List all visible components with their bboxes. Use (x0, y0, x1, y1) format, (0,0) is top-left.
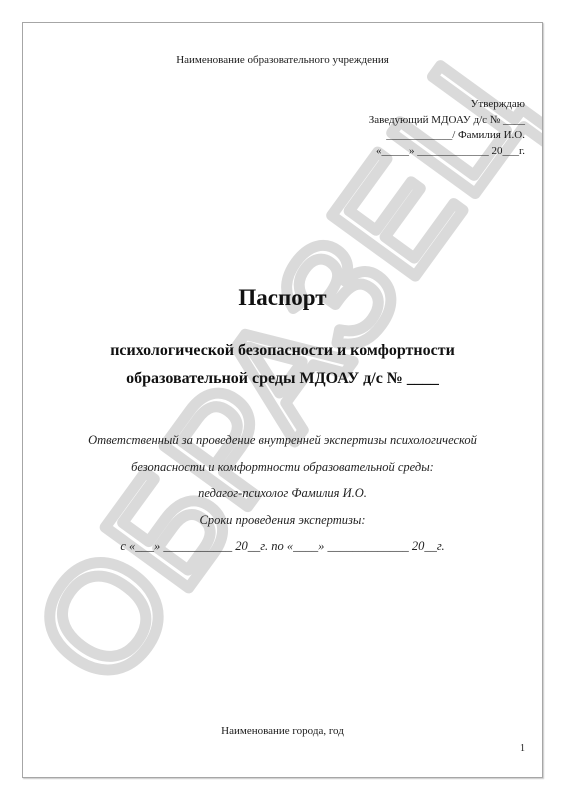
responsible-person: педагог-психолог Фамилия И.О. (23, 480, 542, 507)
subtitle-line-1: психологической безопасности и комфортно… (23, 337, 542, 365)
document-page: ОБРАЗЕЦ Наименование образовательного уч… (22, 22, 543, 778)
city-year: Наименование города, год (23, 725, 542, 737)
approval-position: Заведующий МДОАУ д/с № ____ (369, 113, 525, 129)
approval-date: «_____» _____________ 20___г. (369, 144, 525, 160)
approval-block: Утверждаю Заведующий МДОАУ д/с № ____ __… (369, 97, 525, 159)
responsible-block: Ответственный за проведение внутренней э… (23, 427, 542, 560)
terms-period: с «___» ___________ 20__г. по «____» ___… (23, 533, 542, 560)
document-title: Паспорт (23, 285, 542, 311)
terms-label: Сроки проведения экспертизы: (23, 507, 542, 534)
approval-signature: ____________/ Фамилия И.О. (369, 128, 525, 144)
subtitle-line-2: образовательной среды МДОАУ д/с № ____ (23, 365, 542, 393)
responsible-line-2: безопасности и комфортности образователь… (23, 454, 542, 481)
document-subtitle: психологической безопасности и комфортно… (23, 337, 542, 393)
approval-title: Утверждаю (369, 97, 525, 113)
responsible-line-1: Ответственный за проведение внутренней э… (23, 427, 542, 454)
page-number: 1 (520, 743, 525, 754)
organization-name: Наименование образовательного учреждения (23, 54, 542, 66)
